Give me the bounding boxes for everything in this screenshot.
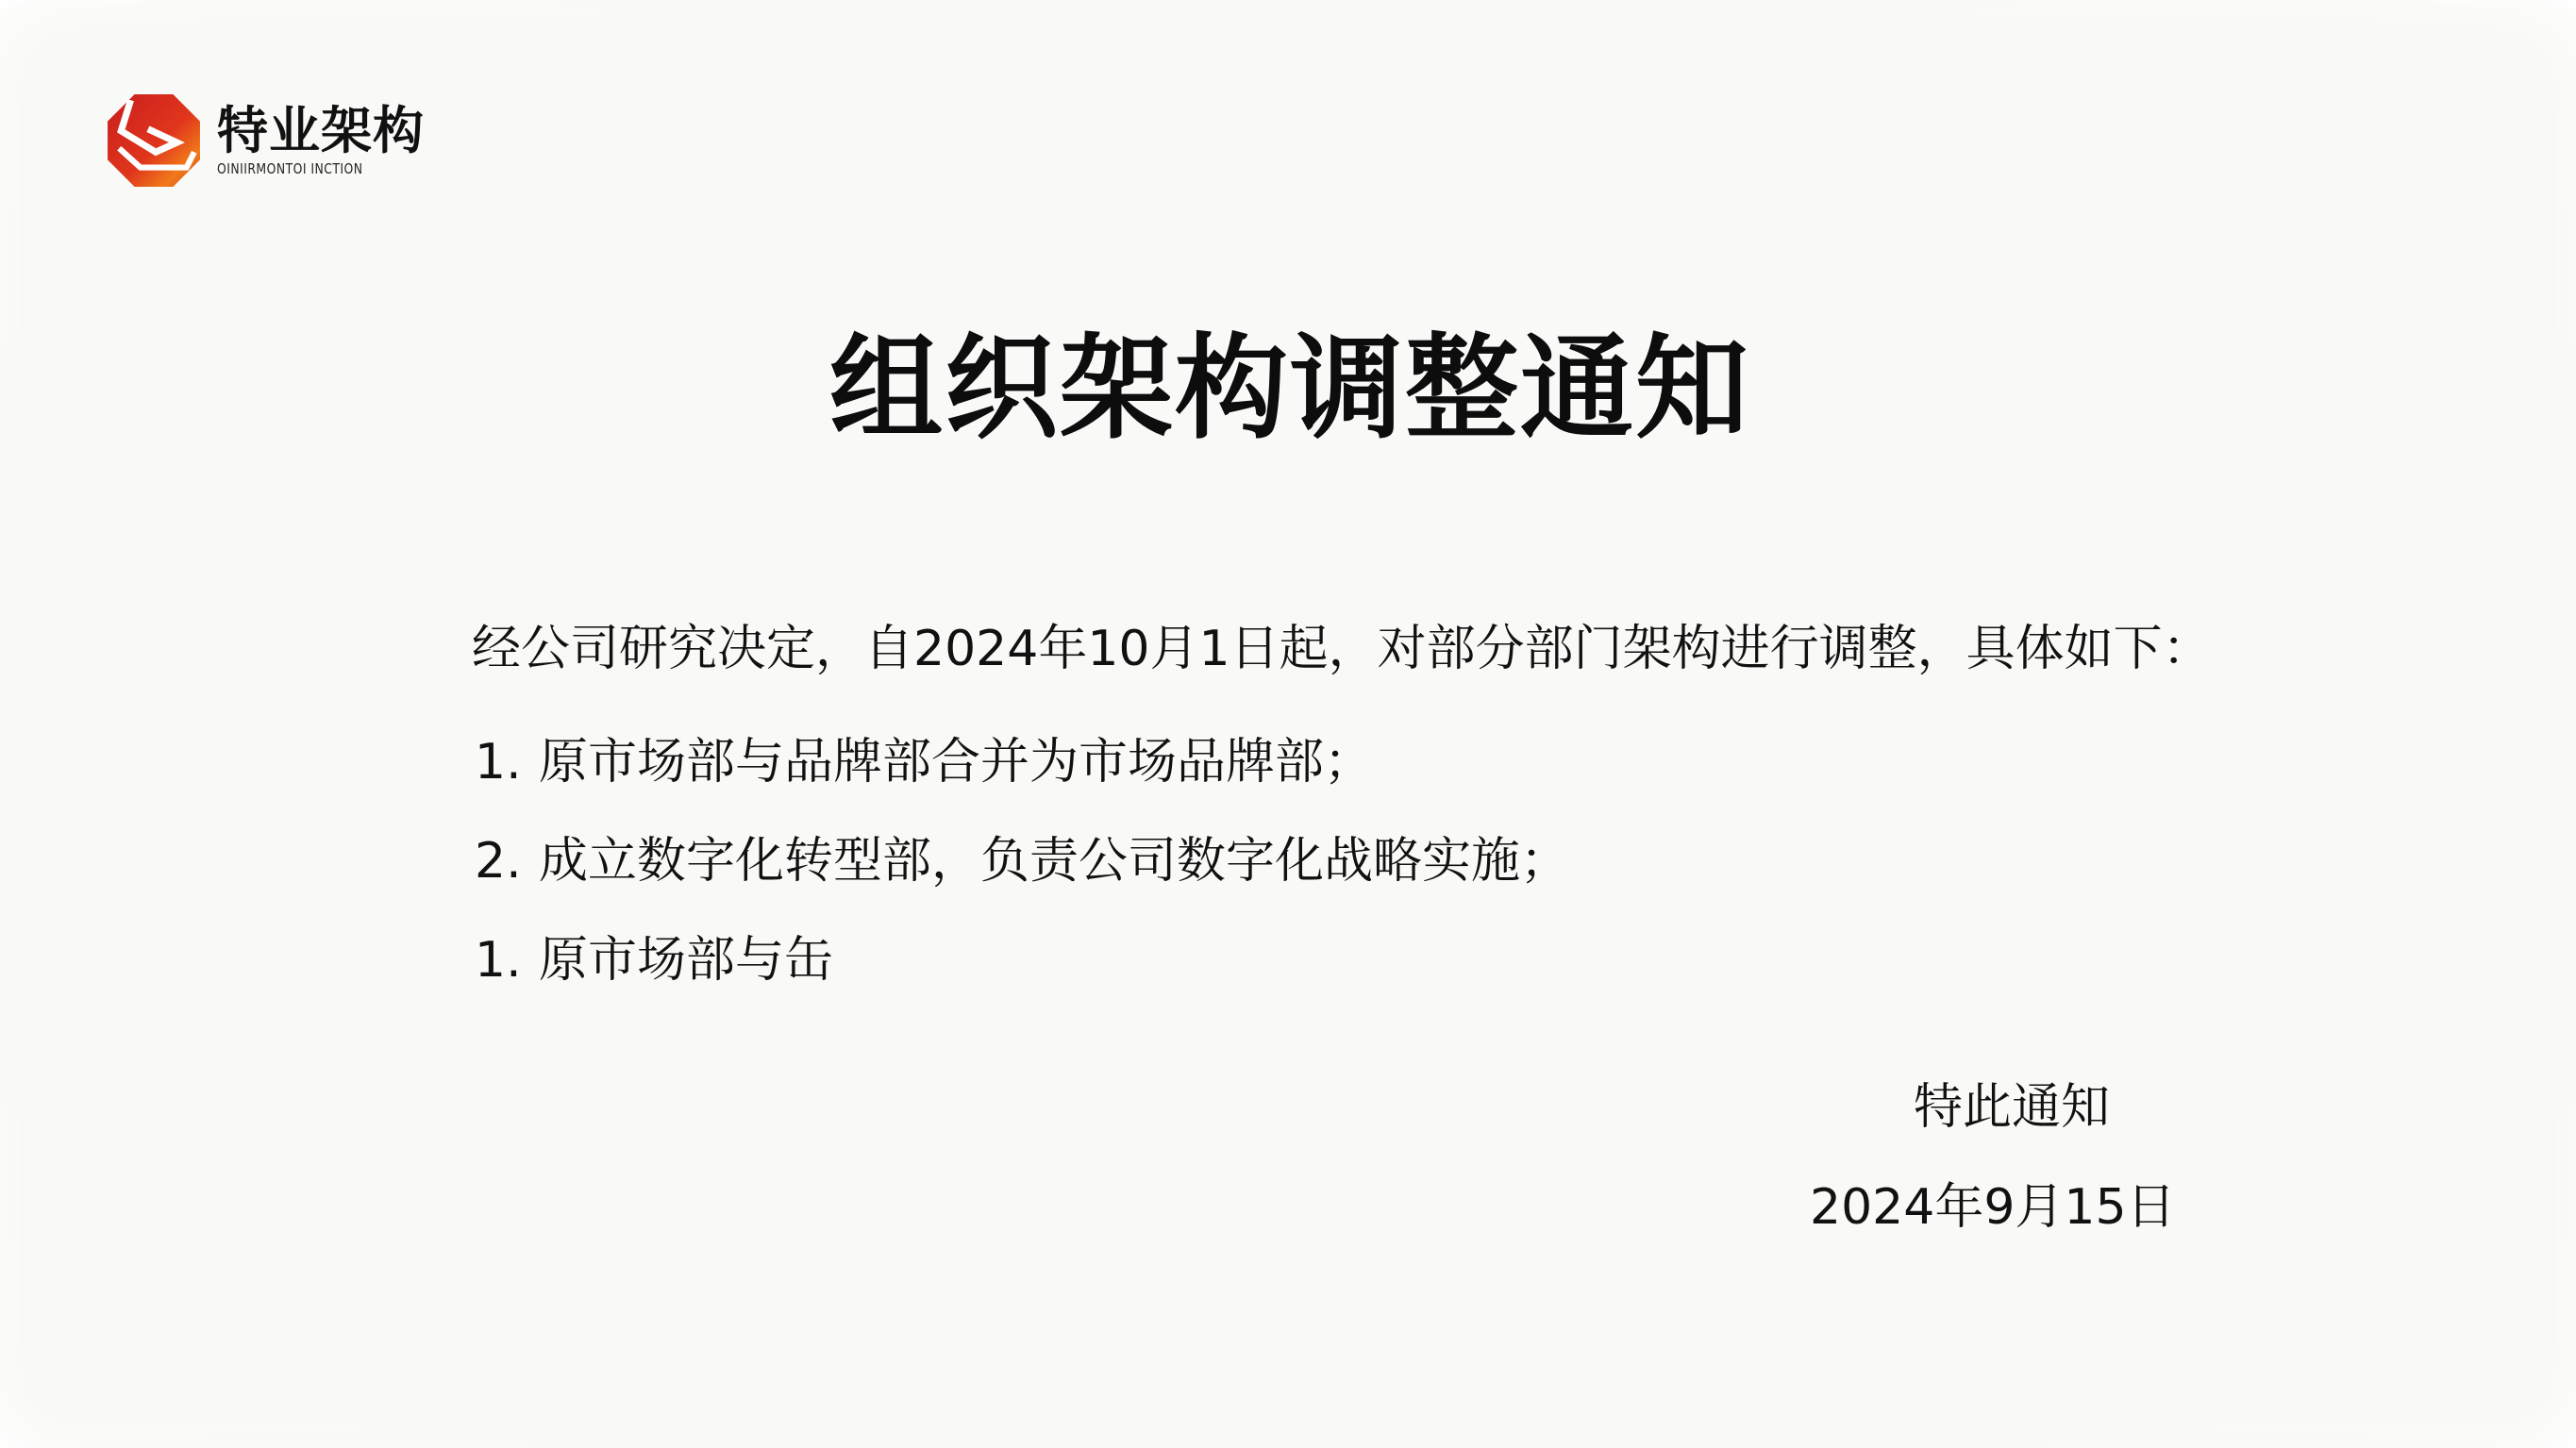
logo-tagline: OINIIRMONTOI INCTION	[217, 160, 408, 177]
logo-name: 特业架构	[217, 104, 425, 158]
list-item: 1. 原市场部与缶	[475, 926, 1569, 1025]
intro-paragraph: 经公司研究决定，自2024年10月1日起，对部分部门架构进行调整，具体如下：	[472, 615, 2212, 683]
page-title: 组织架构调整通知	[0, 319, 2576, 460]
notice-date: 2024年9月15日	[1810, 1173, 2176, 1241]
list-item-text: 原市场部与缶	[539, 926, 833, 994]
list-item: 2. 成立数字化转型部，负责公司数字化战略实施；	[475, 827, 1569, 926]
list-item-number: 1.	[475, 728, 539, 796]
list-item-number: 1.	[475, 926, 539, 994]
list-item-number: 2.	[475, 827, 539, 895]
list-item-text: 原市场部与品牌部合并为市场品牌部；	[539, 728, 1373, 796]
logo-text: 特业架构 OINIIRMONTOI INCTION	[217, 104, 425, 177]
document-page: 特业架构 OINIIRMONTOI INCTION 组织架构调整通知 经公司研究…	[0, 0, 2576, 1448]
list-item-text: 成立数字化转型部，负责公司数字化战略实施；	[539, 827, 1569, 895]
octagon-s-logo-icon	[106, 92, 202, 189]
closing-remark: 特此通知	[1914, 1074, 2110, 1141]
company-logo: 特业架构 OINIIRMONTOI INCTION	[106, 91, 455, 190]
list-item: 1. 原市场部与品牌部合并为市场品牌部；	[475, 728, 1569, 827]
adjustment-list: 1. 原市场部与品牌部合并为市场品牌部； 2. 成立数字化转型部，负责公司数字化…	[475, 728, 1569, 1025]
